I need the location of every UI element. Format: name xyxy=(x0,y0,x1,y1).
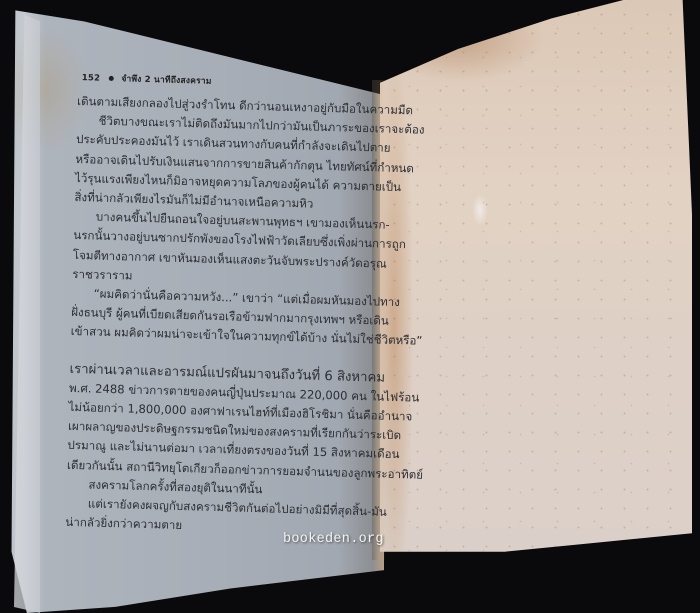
paragraph-3: บางคนขึ้นไปยืนถอนใจอยู่บนสะพานพุทธฯ เขาม… xyxy=(72,207,364,292)
paragraph-2: ชีวิตบางขณะเราไม่ติดถึงมันมากไปกว่ามันเป… xyxy=(74,111,367,215)
bullet-icon xyxy=(108,75,113,80)
page-number: 152 xyxy=(82,73,101,84)
right-page-blank xyxy=(380,0,692,613)
page-text-block: 152 จำพึง 2 นาทีถึงสงคราม เดินตามเสียงกล… xyxy=(65,70,368,540)
chapter-title: จำพึง 2 นาทีถึงสงคราม xyxy=(121,74,211,87)
photo-background: 152 จำพึง 2 นาทีถึงสงคราม เดินตามเสียงกล… xyxy=(0,0,700,613)
watermark: bookeden.org xyxy=(283,532,384,547)
paragraph-5: เราผ่านเวลาและอารมณ์แปรผันมาจนถึงวันที่ … xyxy=(67,360,360,483)
running-head: 152 จำพึง 2 นาทีถึงสงคราม xyxy=(82,70,368,92)
paragraph-4-quote: “ผมคิดว่านั่นคือความหวัง...” เขาว่า “แต่… xyxy=(70,284,361,350)
